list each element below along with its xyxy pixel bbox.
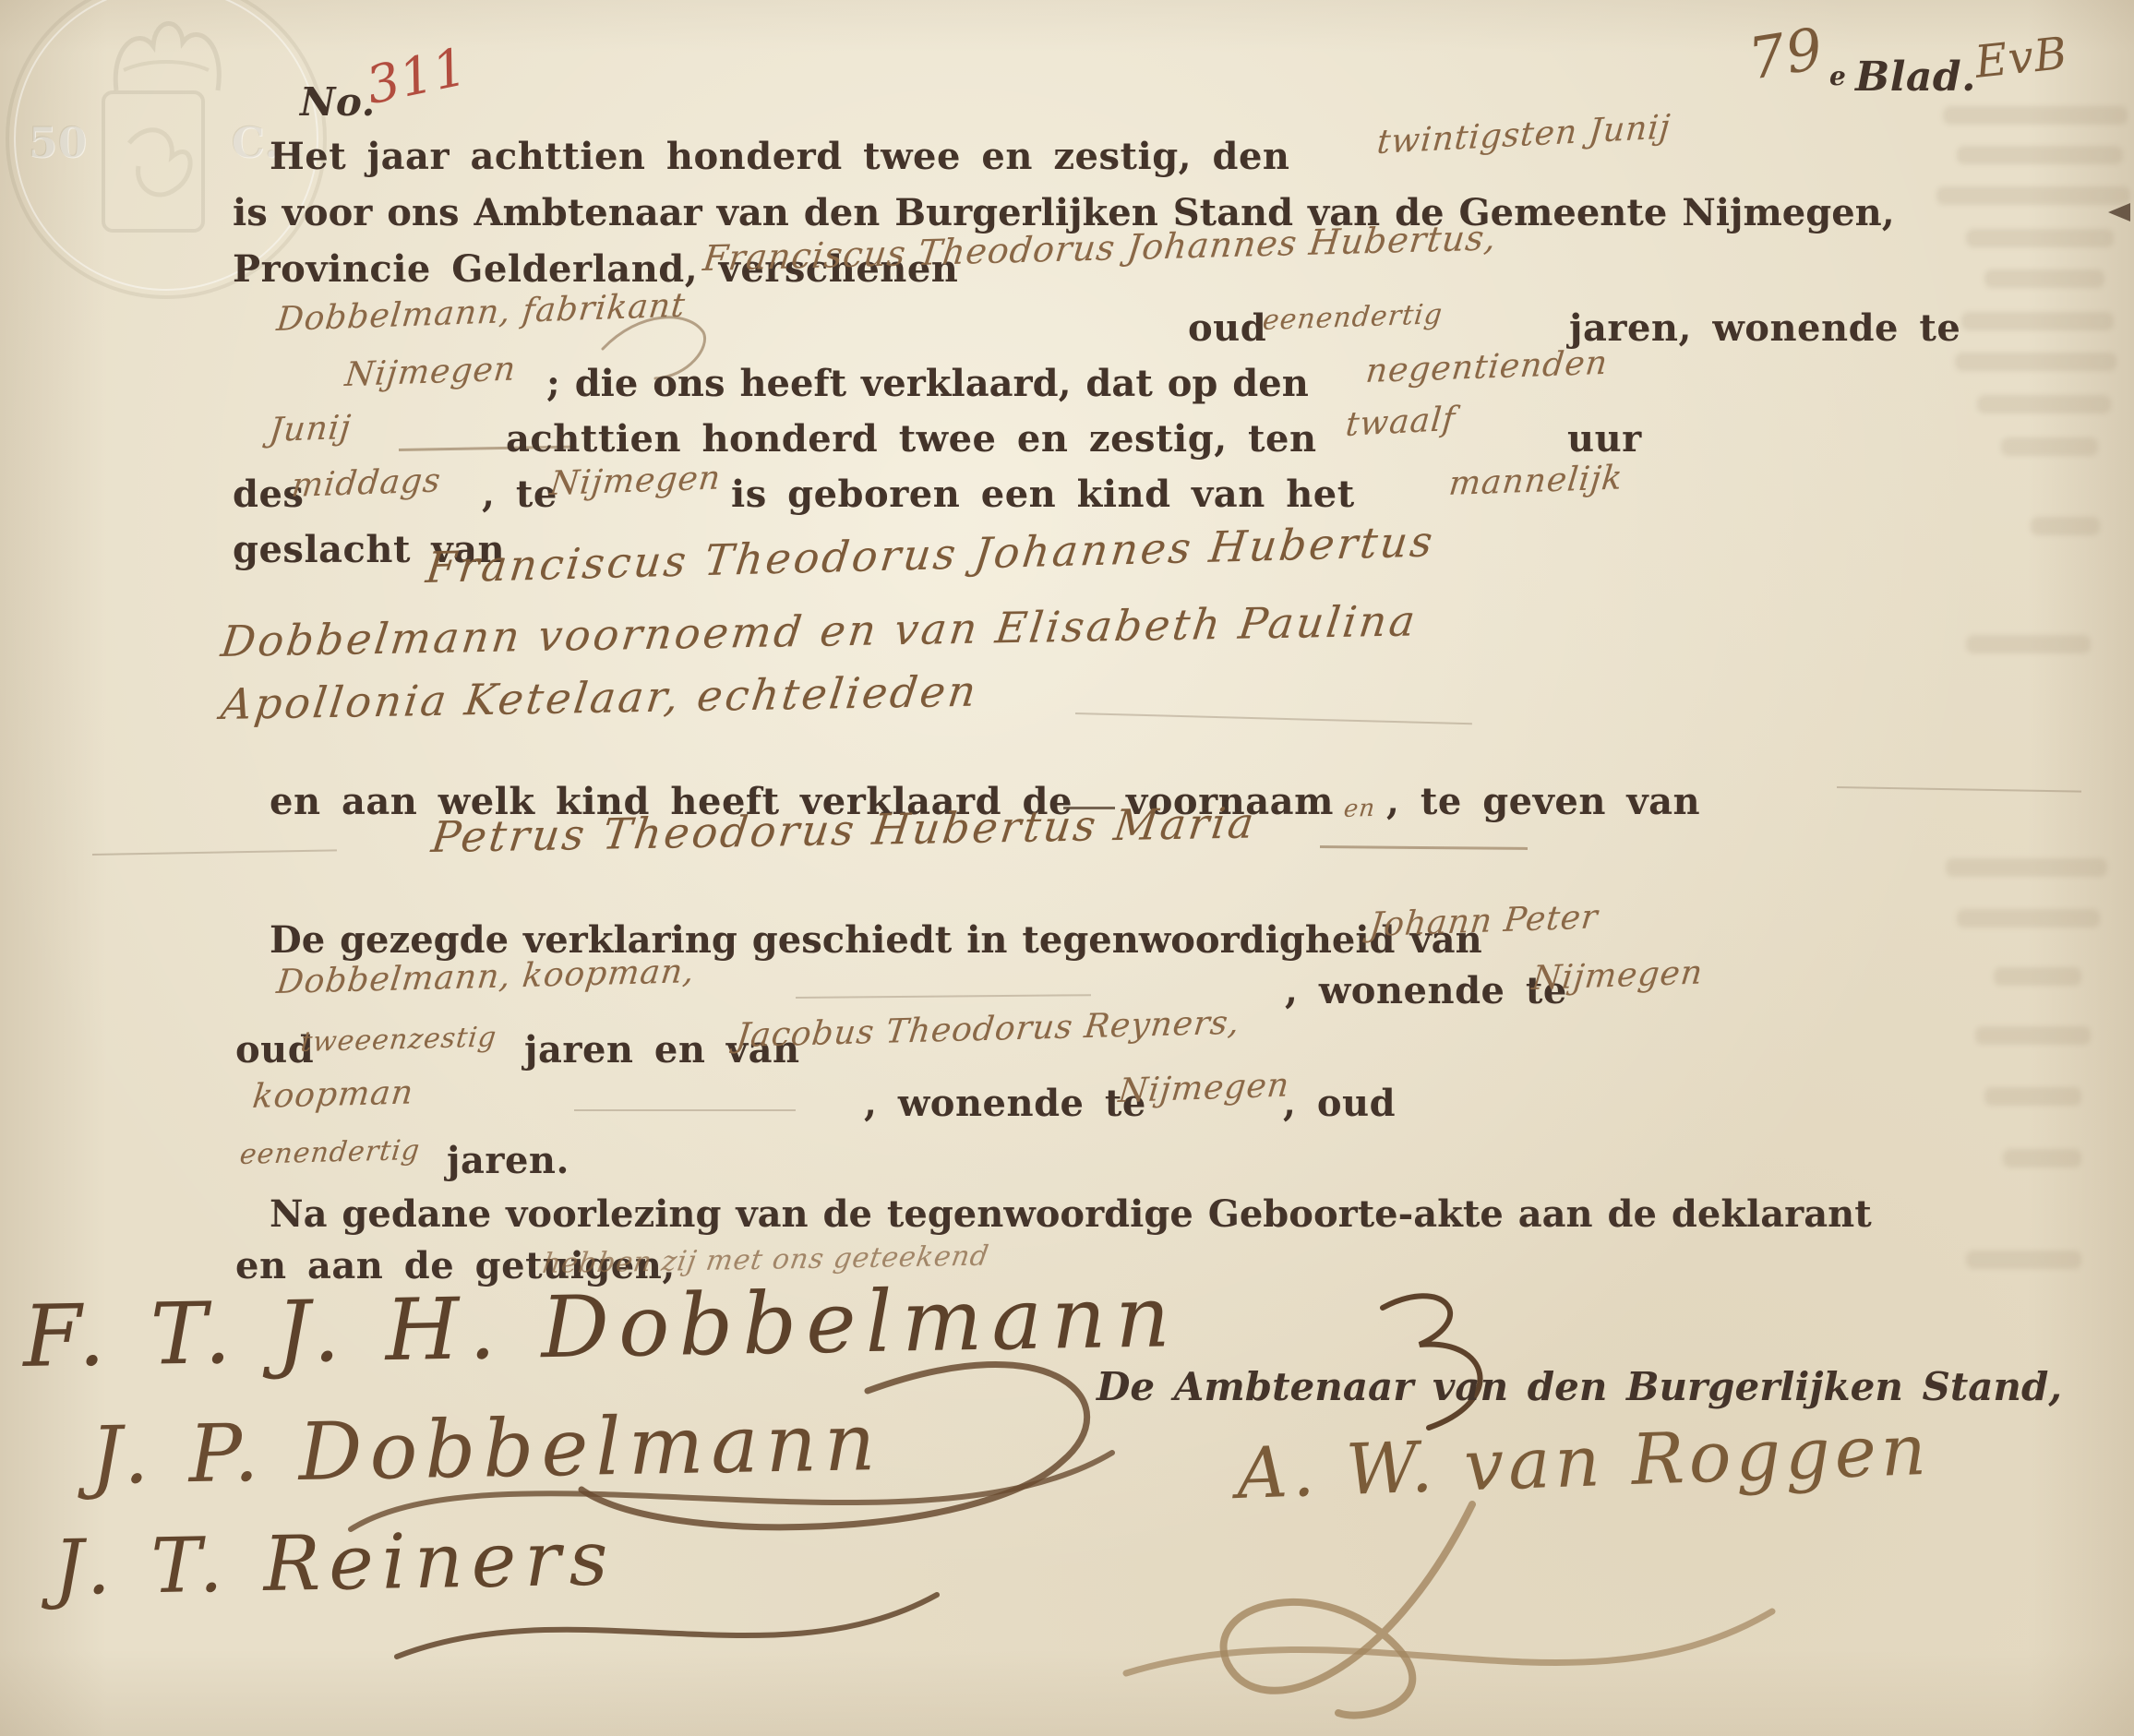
father-name-hand: Franciscus Theodorus Johannes Hubertus — [424, 516, 1438, 593]
stamp-crown — [115, 23, 219, 90]
bleed-through — [2003, 1149, 2081, 1167]
wonende-te-print-2: , wonende te — [864, 1082, 1146, 1125]
officer-title: De Ambtenaar van den Burgerlijken Stand, — [1097, 1364, 2062, 1409]
parents-names-hand: Dobbelmann voornoemd en van Elisabeth Pa… — [219, 595, 1421, 666]
bleed-through — [1977, 395, 2111, 413]
stamp-value-left: 50 — [28, 117, 87, 167]
daypart-hand: middags — [290, 461, 443, 505]
birth-year-print: achttien honderd twee en zestig, ten — [506, 417, 1317, 461]
officer-paraph — [1061, 1493, 1818, 1733]
bleed-through — [1984, 269, 2104, 288]
te-print: , te — [482, 473, 557, 516]
naming-plural-hand: en — [1342, 795, 1376, 823]
uur-label-print: uur — [1567, 417, 1642, 461]
hand-dash — [574, 1109, 796, 1111]
signature-witness2-flourish — [388, 1569, 960, 1689]
faint-stroke — [92, 849, 337, 856]
bleed-through — [1943, 106, 2128, 125]
bleed-through — [1957, 146, 2123, 164]
witnesses-intro-print: De gezegde verklaring geschiedt in tegen… — [270, 918, 1482, 962]
residence-label-print: jaren, wonende te — [1569, 306, 1960, 350]
bleed-through — [1966, 1251, 2081, 1269]
sheet-number-value: 79 — [1744, 15, 1828, 93]
bleed-through — [1984, 1087, 2081, 1106]
mother-name-hand: Apollonia Ketelaar, echtelieden — [219, 666, 981, 729]
wonende-te-print-1: , wonende te — [1285, 969, 1567, 1012]
hand-dash — [1320, 845, 1528, 850]
witness1-age-hand: tweeenzestig — [299, 1021, 498, 1059]
clerk-initials: EvB — [1972, 28, 2070, 89]
declaration-print: ; die ons heeft verklaard, dat op den — [546, 362, 1309, 405]
bleed-through — [1955, 353, 2116, 371]
hand-dash — [796, 994, 1091, 999]
witness2-age-hand: eenendertig — [238, 1134, 422, 1171]
naming-print-3: , te geven van — [1386, 780, 1700, 823]
registration-date-hand: twintigsten Junij — [1375, 108, 1672, 162]
bleed-through — [2001, 437, 2098, 456]
bleed-through — [1994, 967, 2081, 986]
bleed-through — [1961, 312, 2114, 330]
body-line1-print: Het jaar achttien honderd twee en zestig… — [270, 135, 1290, 178]
stamp-lion — [129, 130, 190, 195]
sheet-label: Blad. — [1855, 54, 1976, 101]
declarant-age-hand: eenendertig — [1261, 298, 1445, 337]
witness1-firstnames-hand: Johann Peter — [1368, 898, 1600, 944]
witness1-residence-hand: Nijmegen — [1530, 953, 1705, 998]
jaren-print: jaren. — [447, 1139, 569, 1182]
birth-day-hand: negentienden — [1364, 344, 1610, 390]
bleed-through — [1975, 1026, 2091, 1045]
hand-dash — [1075, 712, 1472, 724]
act-number-label: No. — [300, 79, 376, 125]
witness2-occupation-hand: koopman — [251, 1073, 416, 1116]
witness2-name-hand: Jacobus Theodorus Reyners, — [735, 1004, 1242, 1055]
bleed-through — [2031, 517, 2100, 535]
document-page: 50 50 C. C. No. 311 79 e Blad. EvB Het j… — [0, 0, 2134, 1736]
closing-print-1: Na gedane voorlezing van de tegenwoordig… — [270, 1192, 1872, 1236]
born-child-print: is geboren een kind van het — [731, 473, 1355, 516]
child-gender-hand: mannelijk — [1447, 459, 1624, 503]
oud-print-2: , oud — [1283, 1082, 1396, 1125]
birth-hour-hand: twaalf — [1344, 401, 1457, 444]
bleed-through — [1936, 186, 2130, 205]
faint-stroke — [1837, 786, 2081, 793]
bleed-through — [1957, 909, 2100, 928]
declarant-residence-hand: Nijmegen — [343, 350, 518, 394]
bleed-through — [1966, 635, 2091, 653]
bleed-through — [1946, 858, 2107, 877]
margin-arrow-mark — [2108, 203, 2130, 221]
age-label-print: oud — [1188, 306, 1266, 350]
birth-month-hand: Junij — [268, 409, 354, 449]
birth-place-hand: Nijmegen — [548, 459, 723, 503]
bleed-through — [1966, 229, 2114, 247]
sheet-label-sup: e — [1829, 61, 1846, 91]
witness2-residence-hand: Nijmegen — [1117, 1066, 1291, 1110]
